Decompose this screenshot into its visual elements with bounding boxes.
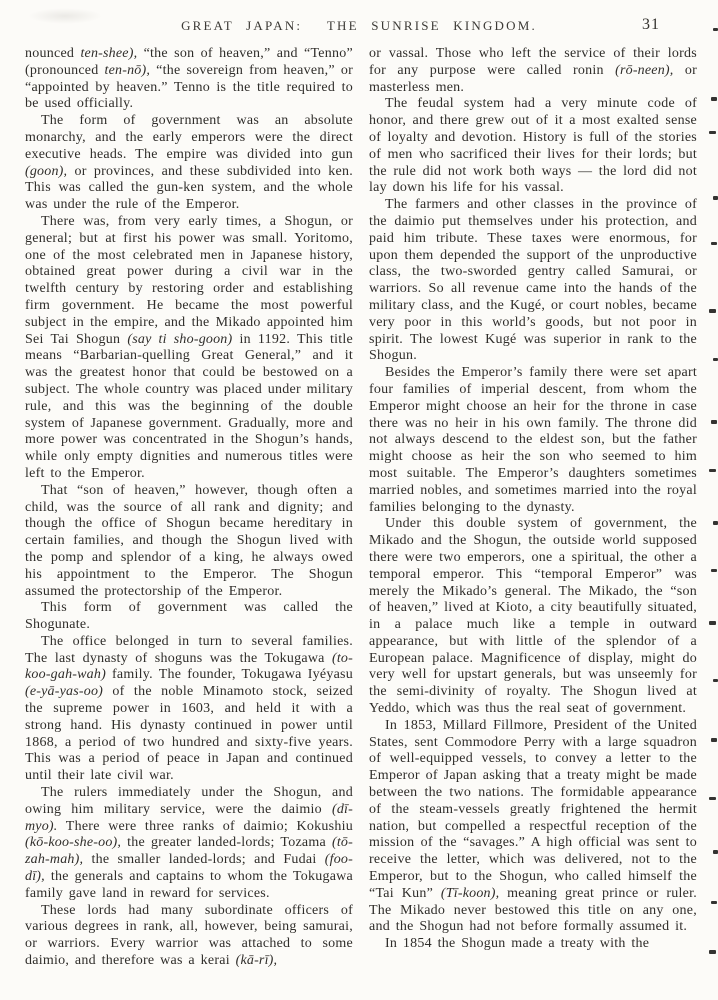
pronunciation-italic: (goon), [25, 164, 67, 179]
text-columns: nounced ten-shee), “the son of heaven,” … [25, 46, 697, 970]
paragraph: The feudal system had a very minute code… [369, 96, 697, 197]
pronunciation-italic: ten-shee), [80, 46, 137, 61]
book-page: GREAT JAPAN: THE SUNRISE KINGDOM. 31 nou… [0, 0, 718, 1000]
page-edge-mark [711, 738, 717, 742]
page-edge-mark [711, 420, 717, 424]
text-run: This form of government was called the S… [25, 600, 353, 632]
page-edge-mark [713, 28, 718, 31]
page-edge-mark [709, 950, 716, 954]
page-edge-mark [709, 131, 716, 134]
paragraph: The rulers immediately under the Shogun,… [25, 785, 353, 903]
text-run: In 1853, Millard Fillmore, President of … [369, 718, 697, 901]
text-run: or provinces, and these subdivided into … [25, 164, 353, 213]
page-edge-mark [711, 901, 717, 904]
page-edge-mark [713, 358, 718, 361]
text-run: The rulers immediately under the Shogun,… [25, 785, 353, 817]
page-edge-mark [713, 679, 718, 682]
text-run: The form of government was an absolute m… [25, 113, 353, 162]
page-number: 31 [642, 16, 660, 34]
text-run: That “son of heaven,” however, though of… [25, 483, 353, 599]
page-edge-mark [709, 469, 716, 472]
paragraph: That “son of heaven,” however, though of… [25, 483, 353, 601]
text-run: These lords had many subordinate officer… [25, 903, 353, 968]
page-edge-mark [711, 242, 717, 245]
text-run: the generals and captains to whom the To… [25, 869, 353, 901]
pronunciation-italic: (Tī-koon), [441, 886, 499, 901]
paragraph: This form of government was called the S… [25, 600, 353, 634]
page-edge-mark [709, 309, 716, 313]
pronunciation-italic: (kā-rī), [236, 953, 278, 968]
text-run: Under this double system of government, … [369, 516, 697, 716]
page-edge-mark [713, 521, 718, 525]
paragraph: Under this double system of government, … [369, 516, 697, 718]
paragraph: These lords had many subordinate officer… [25, 903, 353, 970]
text-run: There was, from very early times, a Shog… [25, 214, 353, 347]
text-run: In 1854 the Shogun made a treaty with th… [385, 936, 649, 951]
page-edge-mark [709, 797, 716, 800]
paragraph: Besides the Emperor’s family there were … [369, 365, 697, 516]
text-run: in 1192. This title means “Barbarian-que… [25, 332, 353, 481]
page-edge-mark [711, 569, 717, 572]
text-run: The office belonged in turn to several f… [25, 634, 353, 666]
pronunciation-italic: (say ti sho-goon) [127, 332, 232, 347]
paragraph: The form of government was an absolute m… [25, 113, 353, 214]
scan-edge-marks [708, 0, 718, 1000]
paragraph: There was, from very early times, a Shog… [25, 214, 353, 483]
paragraph: nounced ten-shee), “the son of heaven,” … [25, 46, 353, 113]
text-run: The farmers and other classes in the pro… [369, 197, 697, 363]
text-run: family. The founder, Tokugawa Iyéyasu [106, 667, 353, 682]
paragraph: The farmers and other classes in the pro… [369, 197, 697, 365]
text-run: The feudal system had a very minute code… [369, 96, 697, 195]
pronunciation-italic: (e-yā-yas-oo) [25, 684, 103, 699]
text-run: nounced [25, 46, 80, 61]
page-edge-mark [713, 196, 718, 200]
page-header: GREAT JAPAN: THE SUNRISE KINGDOM. 31 [0, 18, 718, 40]
right-column: or vassal. Those who left the service of… [369, 46, 697, 970]
paragraph: In 1853, Millard Fillmore, President of … [369, 718, 697, 936]
paragraph: In 1854 the Shogun made a treaty with th… [369, 936, 697, 953]
page-edge-mark [709, 621, 716, 625]
text-run: Besides the Emperor’s family there were … [369, 365, 697, 514]
paragraph: The office belonged in turn to several f… [25, 634, 353, 785]
running-title: GREAT JAPAN: THE SUNRISE KINGDOM. [0, 18, 718, 34]
text-run: the smaller landed-lords; and Fudai [83, 852, 325, 867]
page-edge-mark [711, 97, 717, 101]
text-run: the greater landed-lords; Tozama [121, 835, 332, 850]
left-column: nounced ten-shee), “the son of heaven,” … [25, 46, 353, 970]
pronunciation-italic: ten-nō), [105, 63, 151, 78]
pronunciation-italic: (rō-neen), [615, 63, 673, 78]
text-run: There were three ranks of daimio; Kokush… [58, 819, 354, 834]
pronunciation-italic: (kō-koo-she-oo), [25, 835, 121, 850]
page-edge-mark [713, 850, 718, 854]
paragraph: or vassal. Those who left the service of… [369, 46, 697, 96]
